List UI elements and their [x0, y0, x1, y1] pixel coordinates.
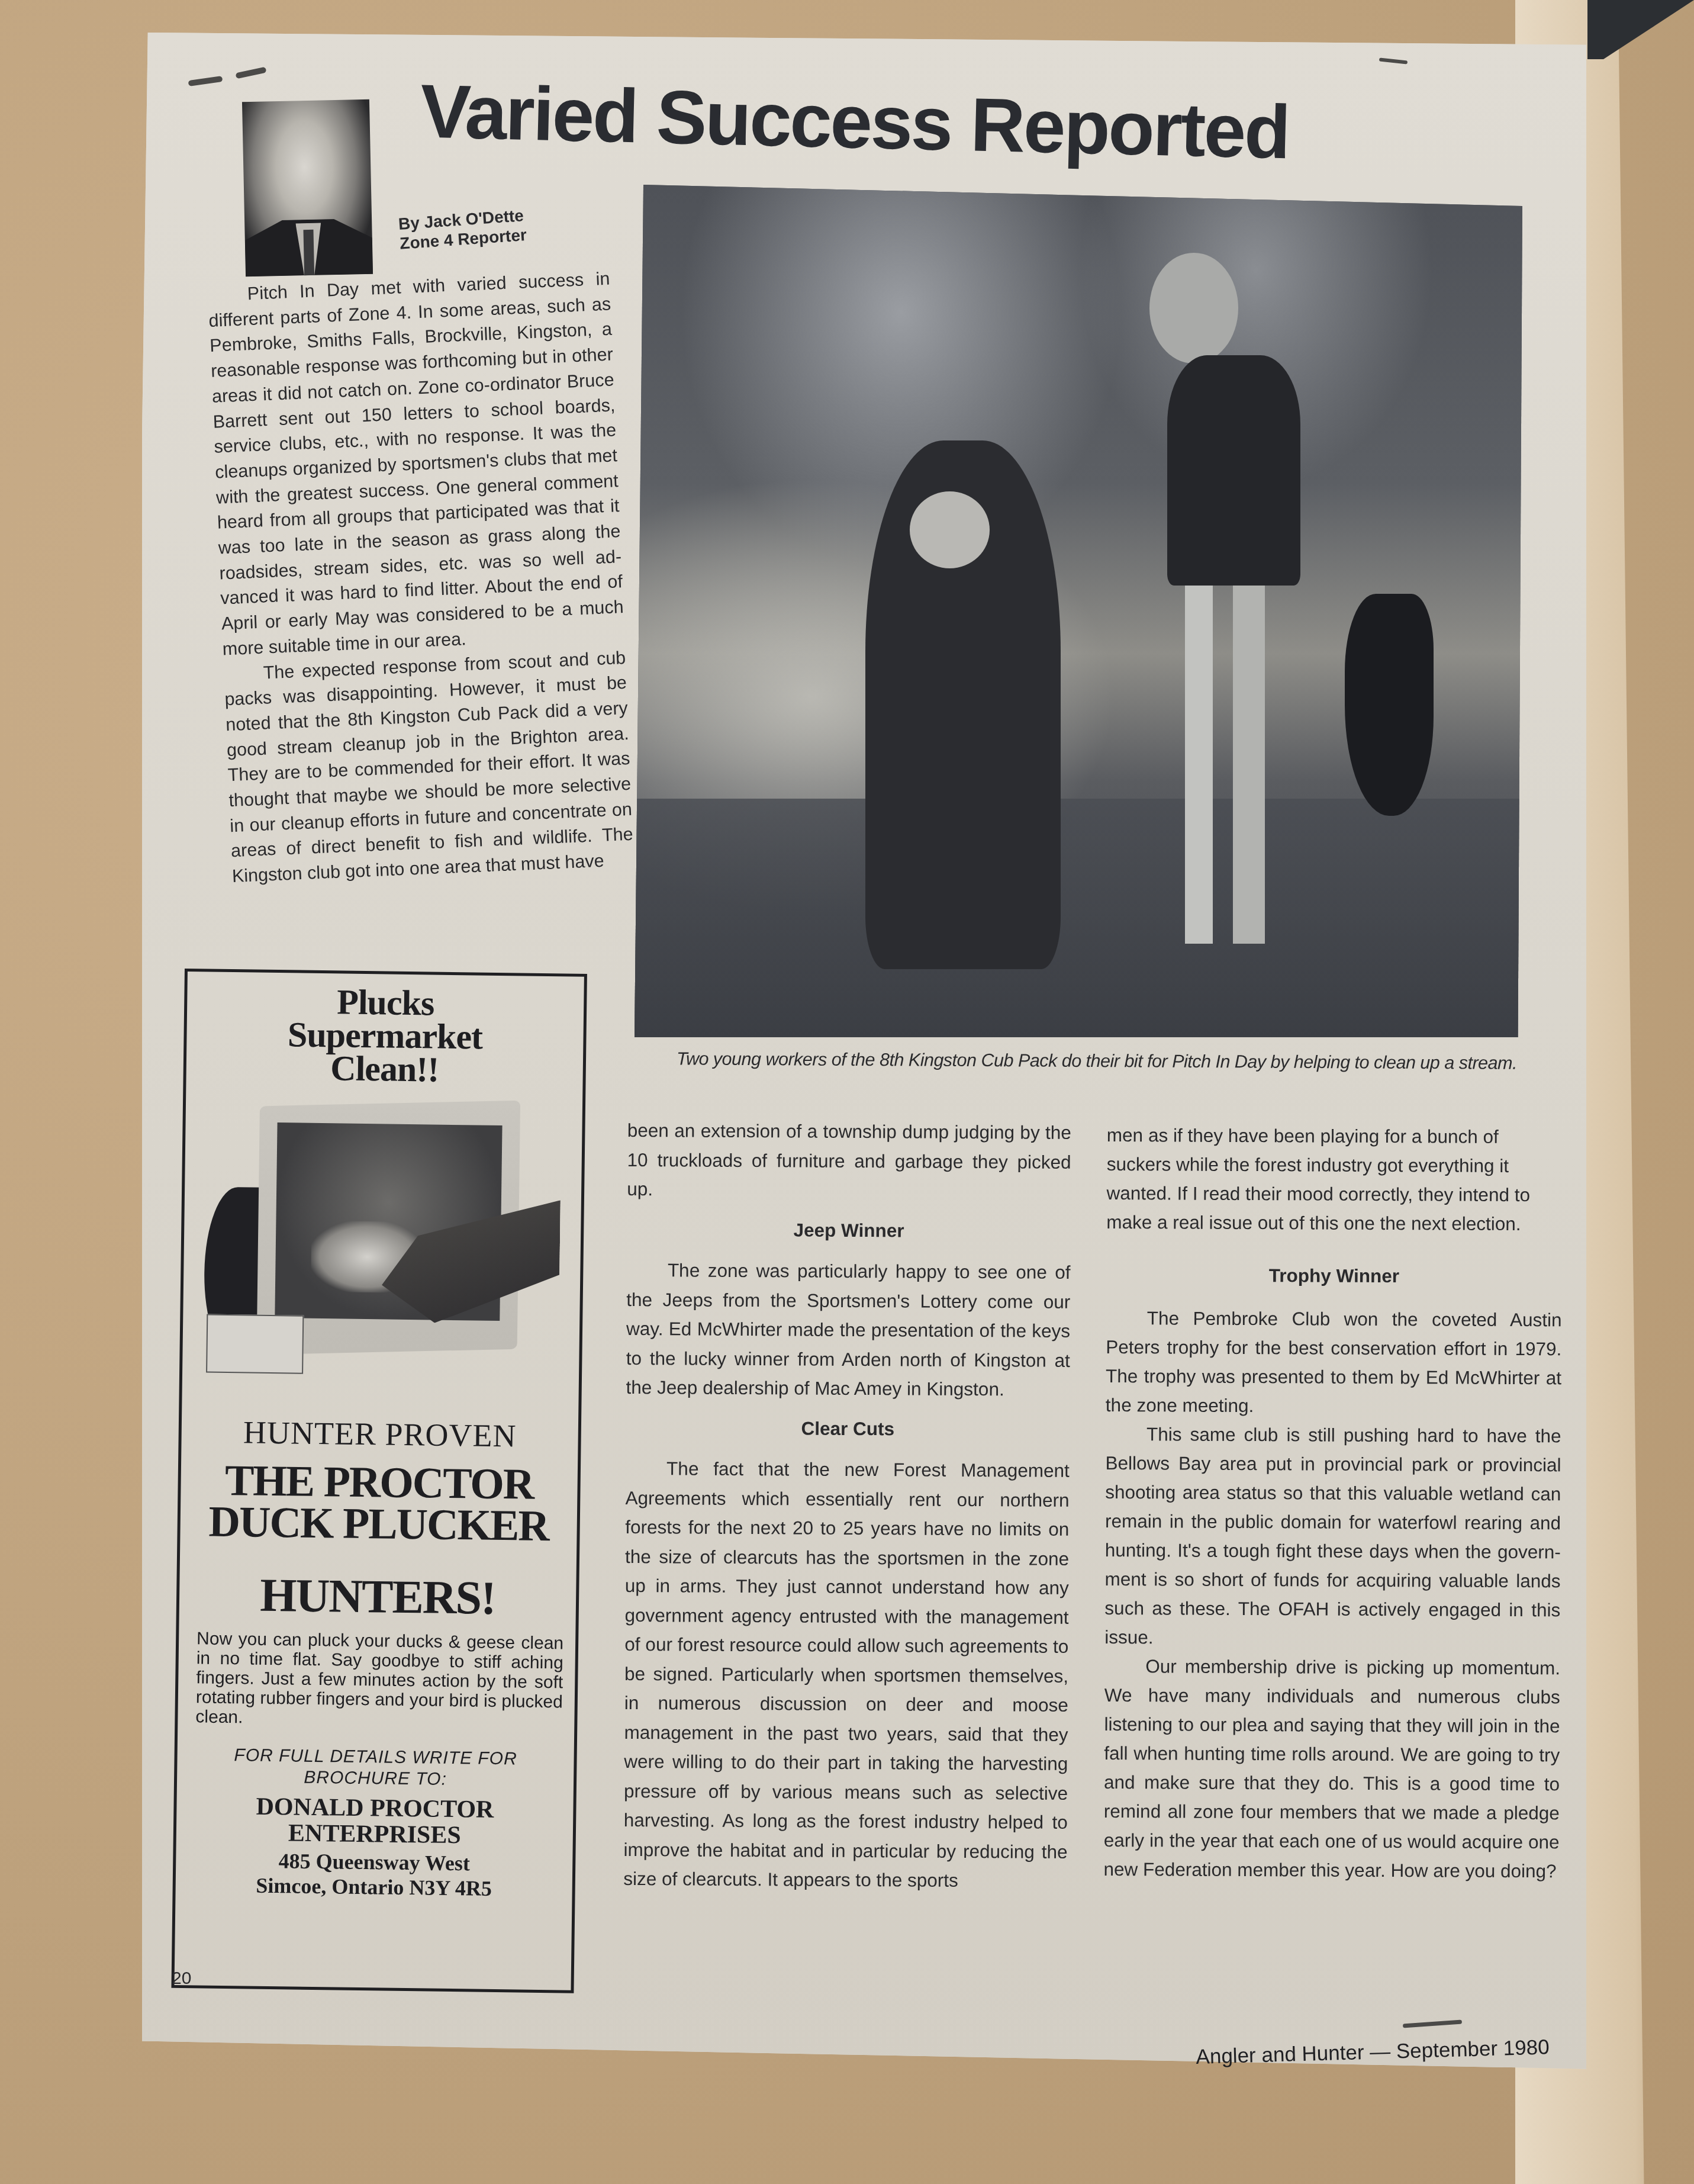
paragraph: been an extension of a township dump jud… — [627, 1116, 1071, 1206]
author-portrait — [242, 99, 373, 276]
middle-column: been an extension of a township dump jud… — [623, 1116, 1071, 1896]
ad-address: 485 Queensway West Simcoe, Ontario N3Y 4… — [175, 1847, 572, 1902]
page-number: 20 — [172, 1969, 191, 1989]
ad-title: Plucks Supermarket Clean!! — [186, 983, 584, 1088]
paragraph: The expected response from scout and cub… — [223, 645, 635, 889]
ad-product-name: THE PROCTOR DUCK PLUCKER — [180, 1459, 578, 1548]
duck-plucker-advertisement: Plucks Supermarket Clean!! HUNTER PROVEN… — [171, 969, 587, 1993]
paragraph: The Pembroke Club won the coveted Austin… — [1106, 1304, 1562, 1421]
paragraph: men as if they have been playing for a b… — [1106, 1121, 1563, 1239]
section-heading-clear-cuts: Clear Cuts — [626, 1413, 1070, 1444]
duck-plucker-machine-image — [203, 1101, 562, 1402]
paragraph: Our membership drive is picking up mo­me… — [1103, 1652, 1560, 1886]
ad-callout: HUNTERS! — [179, 1571, 577, 1623]
ad-company-name: DONALD PROCTOR ENTERPRISES — [176, 1793, 574, 1850]
ad-tagline: HUNTER PROVEN — [181, 1413, 578, 1455]
ad-body-text: Now you can pluck your ducks & geese cle… — [195, 1629, 563, 1731]
section-heading-jeep-winner: Jeep Winner — [627, 1214, 1071, 1246]
paragraph: The zone was particularly happy to see o… — [626, 1256, 1070, 1404]
ad-call-to-action: FOR FULL DETAILS WRITE FOR BROCHURE TO: — [177, 1744, 574, 1792]
right-column: men as if they have been playing for a b… — [1103, 1121, 1563, 1886]
cub-pack-photo — [635, 185, 1522, 1037]
paragraph: The fact that the new Forest Manage­ment… — [623, 1454, 1070, 1896]
photo-caption: Two young workers of the 8th Kingston Cu… — [633, 1047, 1521, 1075]
boy-figure — [1149, 253, 1238, 364]
garbage-bag — [1345, 594, 1434, 815]
paragraph: This same club is still pushing hard to … — [1104, 1420, 1561, 1654]
left-column: Pitch In Day met with varied success in … — [207, 266, 635, 889]
dark-corner-background — [1587, 0, 1694, 59]
section-heading-trophy-winner: Trophy Winner — [1106, 1260, 1562, 1291]
paragraph: Pitch In Day met with varied success in … — [207, 266, 625, 662]
